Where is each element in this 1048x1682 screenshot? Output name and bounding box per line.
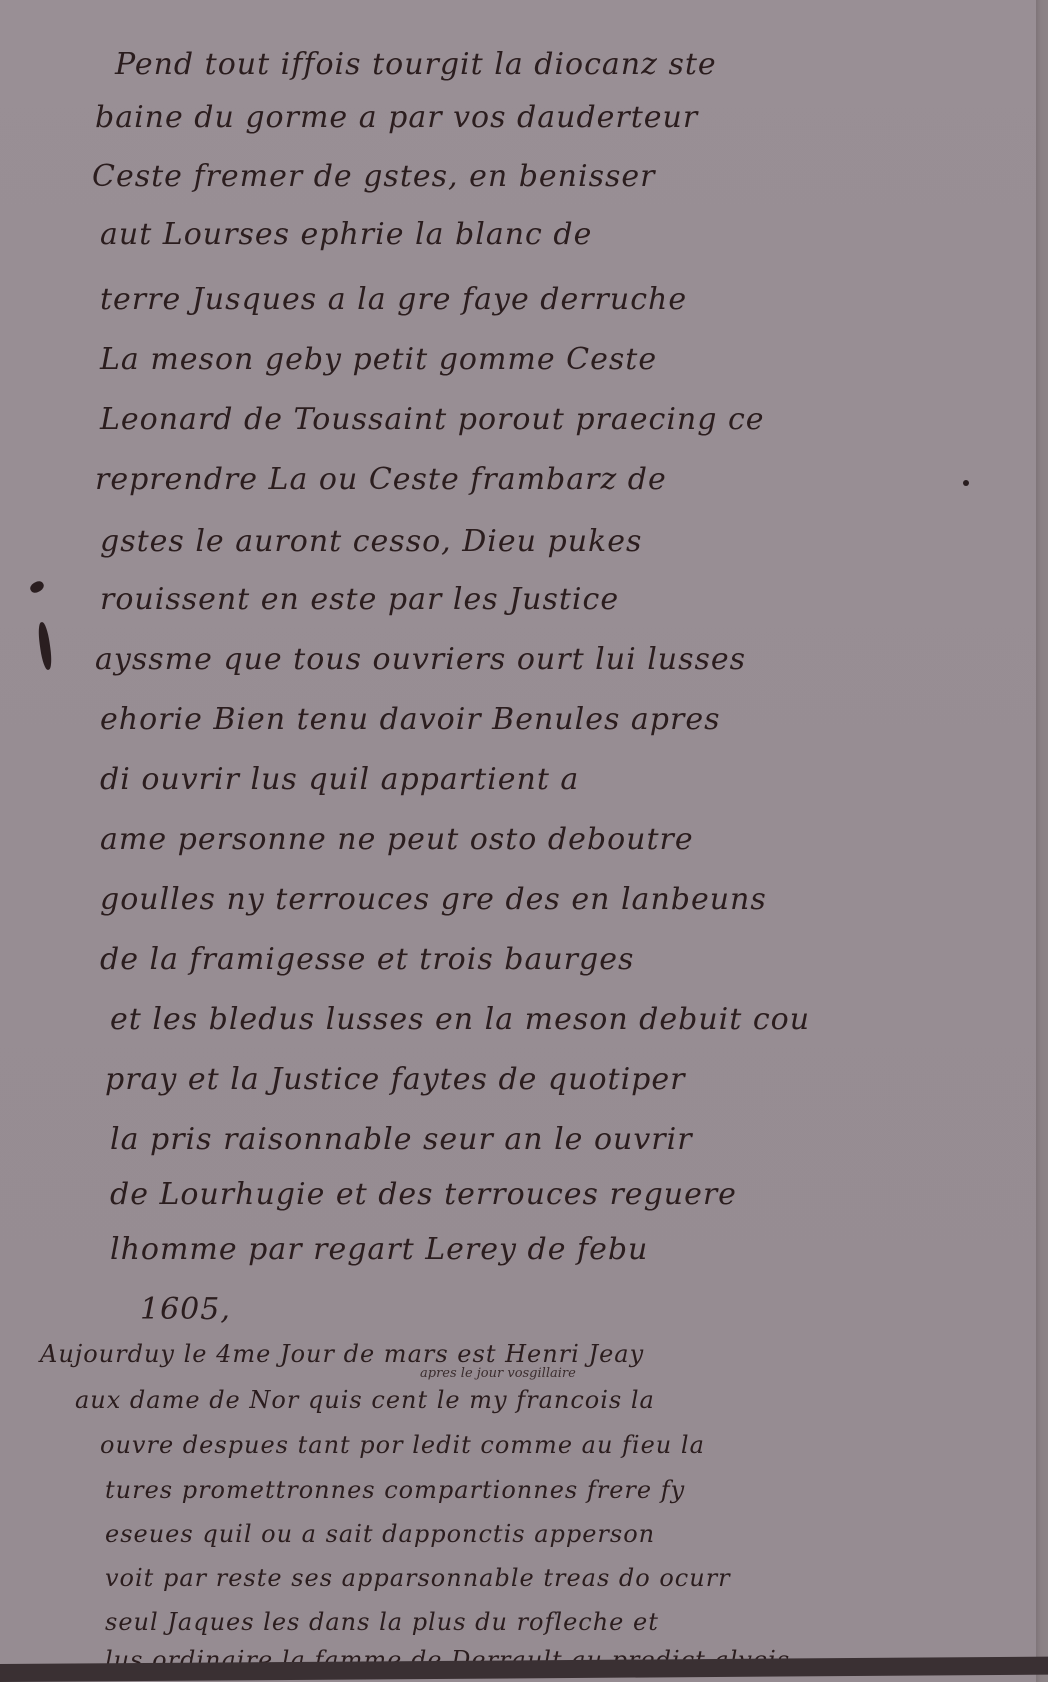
- manuscript-line-1: Pend tout iffois tourgit la diocanz ste: [115, 50, 717, 80]
- manuscript-line-21: lhomme par regart Lerey de febu: [110, 1235, 648, 1265]
- manuscript-line-12: ehorie Bien tenu davoir Benules apres: [100, 705, 720, 735]
- page-right-edge: [1036, 0, 1048, 1682]
- manuscript-line-5: terre Jusques a la gre faye derruche: [100, 285, 687, 315]
- ink-stroke-mark: [37, 622, 54, 671]
- manuscript-line-15: goulles ny terrouces gre des en lanbeuns: [100, 885, 767, 915]
- manuscript-line-10: rouissent en este par les Justice: [100, 585, 619, 615]
- interlinear-note: apres le jour vosgillaire: [420, 1366, 576, 1381]
- manuscript-line-6: La meson geby petit gomme Ceste: [100, 345, 657, 375]
- manuscript-line-11: ayssme que tous ouvriers ourt lui lusses: [95, 645, 746, 675]
- entry2-line-3: ouvre despues tant por ledit comme au fi…: [100, 1433, 705, 1457]
- entry2-line-4: tures promettronnes compartionnes frere …: [105, 1478, 685, 1502]
- manuscript-line-20: de Lourhugie et des terrouces reguere: [110, 1180, 737, 1210]
- manuscript-line-19: la pris raisonnable seur an le ouvrir: [110, 1125, 693, 1155]
- ink-dot: [963, 480, 969, 486]
- entry2-line-1: Aujourduy le 4me Jour de mars est Henri …: [40, 1342, 644, 1366]
- manuscript-line-4: aut Lourses ephrie la blanc de: [100, 220, 592, 250]
- manuscript-date: 1605,: [140, 1295, 231, 1325]
- paper-page: Pend tout iffois tourgit la diocanz ste …: [0, 0, 1036, 1662]
- manuscript-scan: Pend tout iffois tourgit la diocanz ste …: [0, 0, 1048, 1682]
- ink-blot-mark: [28, 579, 45, 595]
- manuscript-line-9: gstes le auront cesso, Dieu pukes: [100, 527, 642, 557]
- manuscript-line-17: et les bledus lusses en la meson debuit …: [110, 1005, 810, 1035]
- manuscript-line-14: ame personne ne peut osto deboutre: [100, 825, 694, 855]
- manuscript-line-16: de la framigesse et trois baurges: [100, 945, 634, 975]
- entry2-line-7: seul Jaques les dans la plus du rofleche…: [105, 1610, 659, 1634]
- entry2-line-6: voit par reste ses apparsonnable treas d…: [105, 1566, 731, 1590]
- manuscript-line-3: Ceste fremer de gstes, en benisser: [92, 162, 655, 192]
- entry2-line-2: aux dame de Nor quis cent le my francois…: [75, 1388, 655, 1412]
- manuscript-line-2: baine du gorme a par vos dauderteur: [95, 103, 698, 133]
- manuscript-line-18: pray et la Justice faytes de quotiper: [105, 1065, 685, 1095]
- manuscript-line-13: di ouvrir lus quil appartient a: [100, 765, 579, 795]
- entry2-line-5: eseues quil ou a sait dapponctis apperso…: [105, 1522, 655, 1546]
- manuscript-line-7: Leonard de Toussaint porout praecing ce: [100, 405, 765, 435]
- manuscript-line-8: reprendre La ou Ceste frambarz de: [95, 465, 667, 495]
